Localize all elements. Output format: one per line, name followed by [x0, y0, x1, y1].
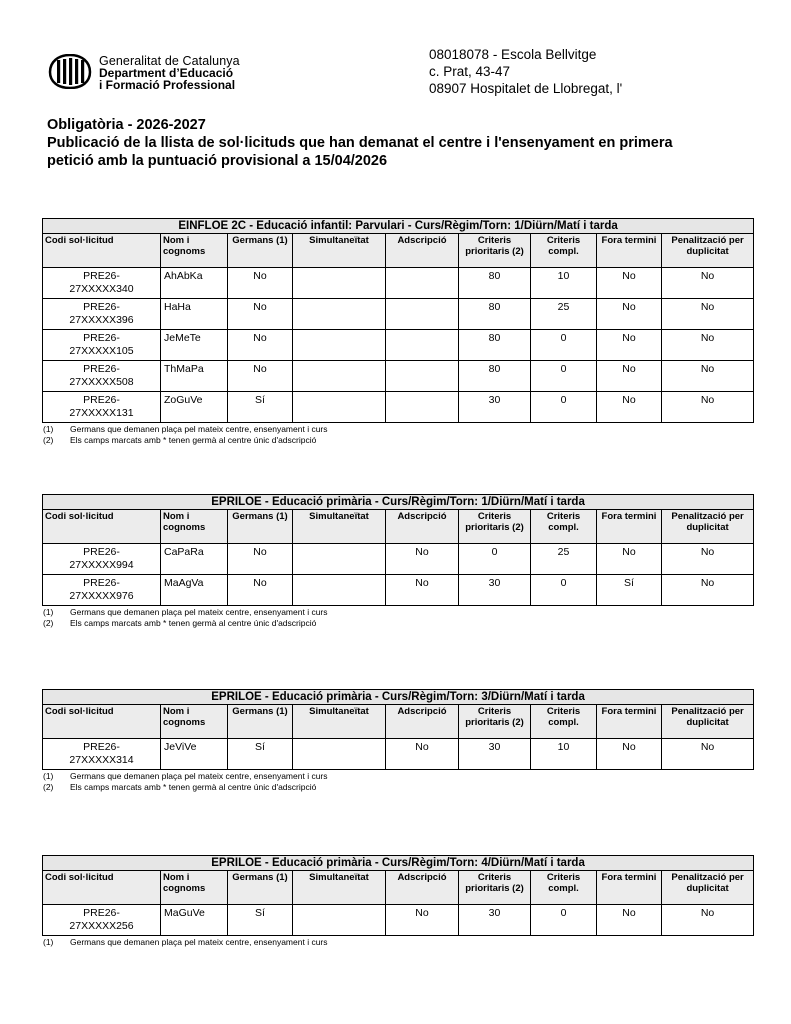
cell-name: MaAgVa — [161, 575, 228, 606]
cell-adscr: No — [386, 575, 459, 606]
cell-name: JeViVe — [161, 739, 228, 770]
footnote-2: (2)Els camps marcats amb * tenen germà a… — [42, 618, 753, 629]
cell-code: PRE26-27XXXXX256 — [43, 905, 161, 936]
cell-prior: 80 — [459, 299, 531, 330]
applications-table: EINFLOE 2C - Educació infantil: Parvular… — [42, 218, 754, 423]
school-city: 08907 Hospitalet de Llobregat, l' — [429, 80, 622, 97]
column-header: Criteris prioritaris (2) — [459, 234, 531, 268]
cell-adscr — [386, 361, 459, 392]
cell-name: CaPaRa — [161, 544, 228, 575]
cell-name: ThMaPa — [161, 361, 228, 392]
school-street: c. Prat, 43-47 — [429, 63, 622, 80]
cell-prior: 80 — [459, 330, 531, 361]
section-table-1: EINFLOE 2C - Educació infantil: Parvular… — [42, 218, 753, 446]
footnotes: (1)Germans que demanen plaça pel mateix … — [42, 937, 753, 948]
section-table-2: EPRILOE - Educació primària - Curs/Règim… — [42, 494, 753, 629]
cell-code: PRE26-27XXXXX976 — [43, 575, 161, 606]
cell-simult — [293, 739, 386, 770]
cell-simult — [293, 575, 386, 606]
cell-adscr — [386, 268, 459, 299]
cell-code: PRE26-27XXXXX508 — [43, 361, 161, 392]
table-row: PRE26-27XXXXX396HaHaNo8025NoNo — [43, 299, 754, 330]
cell-germans: Sí — [228, 392, 293, 423]
footnote-1: (1)Germans que demanen plaça pel mateix … — [42, 937, 753, 948]
cell-compl: 0 — [531, 575, 597, 606]
cell-penal: No — [662, 575, 754, 606]
cell-simult — [293, 299, 386, 330]
column-header: Nom i cognoms — [161, 705, 228, 739]
cell-code: PRE26-27XXXXX396 — [43, 299, 161, 330]
column-header: Codi sol·licitud — [43, 871, 161, 905]
table-row: PRE26-27XXXXX105JeMeTeNo800NoNo — [43, 330, 754, 361]
cell-code: PRE26-27XXXXX994 — [43, 544, 161, 575]
column-header: Adscripció — [386, 871, 459, 905]
logo-line-3: i Formació Professional — [99, 79, 240, 91]
cell-fora: No — [597, 361, 662, 392]
document-heading: Obligatòria - 2026-2027 Publicació de la… — [47, 116, 747, 170]
cell-code: PRE26-27XXXXX131 — [43, 392, 161, 423]
column-header: Nom i cognoms — [161, 234, 228, 268]
column-header: Codi sol·licitud — [43, 705, 161, 739]
cell-compl: 25 — [531, 299, 597, 330]
footnote-2: (2)Els camps marcats amb * tenen germà a… — [42, 782, 753, 793]
column-header: Simultaneïtat — [293, 705, 386, 739]
cell-name: ZoGuVe — [161, 392, 228, 423]
cell-code: PRE26-27XXXXX314 — [43, 739, 161, 770]
cell-compl: 0 — [531, 361, 597, 392]
cell-name: HaHa — [161, 299, 228, 330]
column-header: Penalització per duplicitat — [662, 234, 754, 268]
column-header: Fora termini — [597, 510, 662, 544]
cell-compl: 25 — [531, 544, 597, 575]
cell-prior: 30 — [459, 739, 531, 770]
column-header: Criteris compl. — [531, 510, 597, 544]
cell-adscr — [386, 330, 459, 361]
cell-adscr: No — [386, 905, 459, 936]
column-header: Codi sol·licitud — [43, 510, 161, 544]
footnotes: (1)Germans que demanen plaça pel mateix … — [42, 424, 753, 446]
column-header: Fora termini — [597, 871, 662, 905]
cell-compl: 0 — [531, 330, 597, 361]
cell-adscr: No — [386, 739, 459, 770]
cell-name: MaGuVe — [161, 905, 228, 936]
section-table-3: EPRILOE - Educació primària - Curs/Règim… — [42, 689, 753, 793]
cell-simult — [293, 268, 386, 299]
footnote-1: (1)Germans que demanen plaça pel mateix … — [42, 771, 753, 782]
column-header: Penalització per duplicitat — [662, 871, 754, 905]
cell-germans: Sí — [228, 739, 293, 770]
cell-germans: No — [228, 268, 293, 299]
footnote-1: (1)Germans que demanen plaça pel mateix … — [42, 424, 753, 435]
generalitat-stripes-icon — [48, 54, 92, 89]
column-header: Penalització per duplicitat — [662, 705, 754, 739]
column-header: Simultaneïtat — [293, 510, 386, 544]
cell-penal: No — [662, 392, 754, 423]
table-row: PRE26-27XXXXX314JeViVeSíNo3010NoNo — [43, 739, 754, 770]
cell-adscr — [386, 299, 459, 330]
cell-adscr — [386, 392, 459, 423]
cell-germans: No — [228, 330, 293, 361]
section-title: EPRILOE - Educació primària - Curs/Règim… — [43, 690, 754, 705]
footnote-1: (1)Germans que demanen plaça pel mateix … — [42, 607, 753, 618]
column-header: Germans (1) — [228, 510, 293, 544]
cell-compl: 0 — [531, 905, 597, 936]
heading-title-2: petició amb la puntuació provisional a 1… — [47, 152, 747, 170]
applications-table: EPRILOE - Educació primària - Curs/Règim… — [42, 494, 754, 606]
column-header: Simultaneïtat — [293, 871, 386, 905]
cell-prior: 80 — [459, 268, 531, 299]
cell-compl: 0 — [531, 392, 597, 423]
column-header: Fora termini — [597, 234, 662, 268]
cell-prior: 80 — [459, 361, 531, 392]
cell-adscr: No — [386, 544, 459, 575]
school-info: 08018078 - Escola Bellvitge c. Prat, 43-… — [429, 46, 622, 97]
footnote-2: (2)Els camps marcats amb * tenen germà a… — [42, 435, 753, 446]
section-title: EPRILOE - Educació primària - Curs/Règim… — [43, 856, 754, 871]
cell-simult — [293, 544, 386, 575]
cell-penal: No — [662, 905, 754, 936]
table-row: PRE26-27XXXXX976MaAgVaNoNo300SíNo — [43, 575, 754, 606]
cell-prior: 30 — [459, 905, 531, 936]
cell-fora: No — [597, 299, 662, 330]
cell-fora: No — [597, 544, 662, 575]
column-header: Adscripció — [386, 234, 459, 268]
cell-simult — [293, 361, 386, 392]
table-row: PRE26-27XXXXX256MaGuVeSíNo300NoNo — [43, 905, 754, 936]
cell-penal: No — [662, 299, 754, 330]
generalitat-logo: Generalitat de Catalunya Department d’Ed… — [48, 54, 308, 94]
cell-penal: No — [662, 739, 754, 770]
cell-simult — [293, 330, 386, 361]
cell-fora: No — [597, 739, 662, 770]
cell-germans: No — [228, 575, 293, 606]
column-header: Criteris prioritaris (2) — [459, 871, 531, 905]
column-header: Criteris prioritaris (2) — [459, 705, 531, 739]
cell-name: JeMeTe — [161, 330, 228, 361]
cell-code: PRE26-27XXXXX340 — [43, 268, 161, 299]
table-row: PRE26-27XXXXX508ThMaPaNo800NoNo — [43, 361, 754, 392]
cell-fora: No — [597, 330, 662, 361]
section-title: EPRILOE - Educació primària - Curs/Règim… — [43, 495, 754, 510]
table-row: PRE26-27XXXXX994CaPaRaNoNo025NoNo — [43, 544, 754, 575]
column-header: Germans (1) — [228, 871, 293, 905]
cell-penal: No — [662, 330, 754, 361]
applications-table: EPRILOE - Educació primària - Curs/Règim… — [42, 855, 754, 936]
column-header: Codi sol·licitud — [43, 234, 161, 268]
column-header: Germans (1) — [228, 234, 293, 268]
column-header: Adscripció — [386, 705, 459, 739]
cell-penal: No — [662, 268, 754, 299]
cell-code: PRE26-27XXXXX105 — [43, 330, 161, 361]
column-header: Germans (1) — [228, 705, 293, 739]
cell-fora: No — [597, 392, 662, 423]
column-header: Criteris compl. — [531, 871, 597, 905]
heading-title-1: Publicació de la llista de sol·licituds … — [47, 134, 747, 152]
cell-penal: No — [662, 361, 754, 392]
cell-fora: Sí — [597, 575, 662, 606]
cell-compl: 10 — [531, 268, 597, 299]
footnotes: (1)Germans que demanen plaça pel mateix … — [42, 607, 753, 629]
applications-table: EPRILOE - Educació primària - Curs/Règim… — [42, 689, 754, 770]
school-name: 08018078 - Escola Bellvitge — [429, 46, 622, 63]
table-row: PRE26-27XXXXX340AhAbKaNo8010NoNo — [43, 268, 754, 299]
column-header: Nom i cognoms — [161, 871, 228, 905]
table-row: PRE26-27XXXXX131ZoGuVeSí300NoNo — [43, 392, 754, 423]
column-header: Fora termini — [597, 705, 662, 739]
column-header: Adscripció — [386, 510, 459, 544]
footnotes: (1)Germans que demanen plaça pel mateix … — [42, 771, 753, 793]
column-header: Penalització per duplicitat — [662, 510, 754, 544]
cell-germans: No — [228, 544, 293, 575]
cell-prior: 30 — [459, 392, 531, 423]
cell-prior: 0 — [459, 544, 531, 575]
cell-name: AhAbKa — [161, 268, 228, 299]
cell-simult — [293, 392, 386, 423]
column-header: Criteris prioritaris (2) — [459, 510, 531, 544]
cell-simult — [293, 905, 386, 936]
cell-germans: Sí — [228, 905, 293, 936]
cell-penal: No — [662, 544, 754, 575]
cell-fora: No — [597, 905, 662, 936]
column-header: Simultaneïtat — [293, 234, 386, 268]
section-title: EINFLOE 2C - Educació infantil: Parvular… — [43, 219, 754, 234]
section-table-4: EPRILOE - Educació primària - Curs/Règim… — [42, 855, 753, 948]
cell-prior: 30 — [459, 575, 531, 606]
cell-fora: No — [597, 268, 662, 299]
cell-compl: 10 — [531, 739, 597, 770]
cell-germans: No — [228, 299, 293, 330]
column-header: Criteris compl. — [531, 705, 597, 739]
cell-germans: No — [228, 361, 293, 392]
column-header: Criteris compl. — [531, 234, 597, 268]
column-header: Nom i cognoms — [161, 510, 228, 544]
heading-year: Obligatòria - 2026-2027 — [47, 116, 747, 134]
